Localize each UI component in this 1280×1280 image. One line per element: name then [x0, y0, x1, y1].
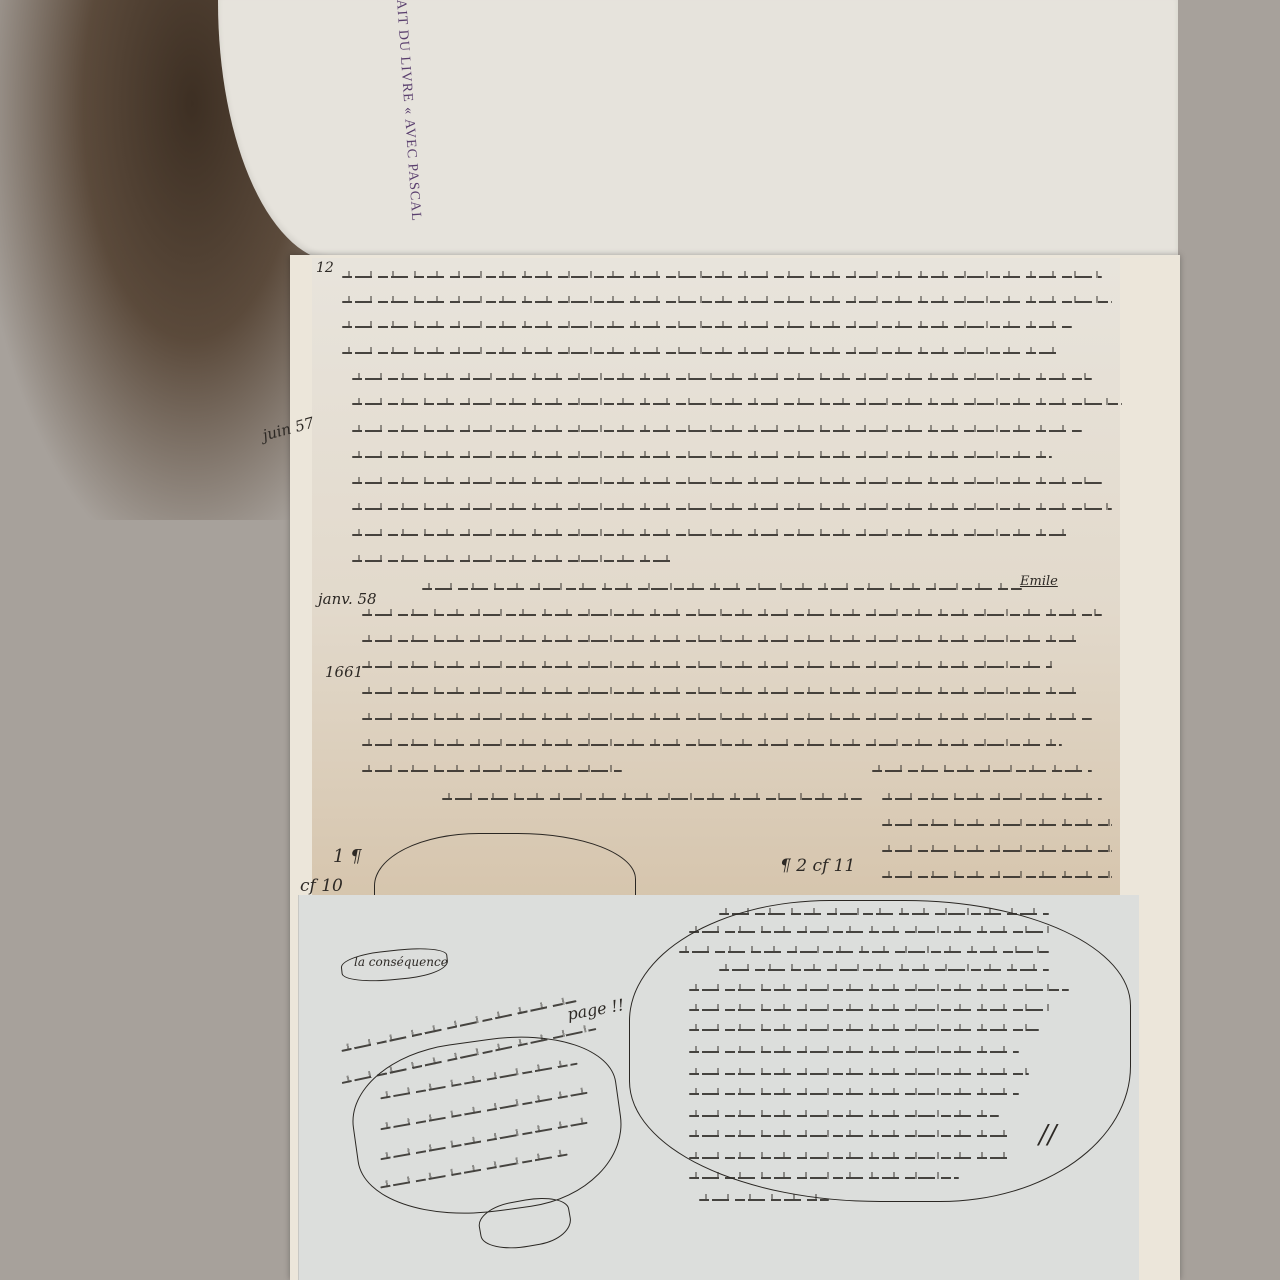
- handwriting-line: [362, 614, 1102, 616]
- handwriting-line: [342, 326, 1072, 328]
- handwriting-line: [352, 430, 1082, 432]
- margin-note-year: 1661: [325, 663, 363, 681]
- handwriting-line: [882, 798, 1102, 800]
- handwriting-line: [362, 718, 1092, 720]
- handwriting-line: [689, 1093, 1019, 1095]
- handwriting-line: [342, 352, 1062, 354]
- margin-note-ref1: 1 ¶: [333, 846, 362, 867]
- page-number: 12: [316, 260, 334, 276]
- book-page: [218, 0, 1178, 262]
- handwriting-line: [362, 744, 1062, 746]
- end-mark: //: [1039, 1120, 1057, 1150]
- handwriting-line: [689, 1177, 959, 1179]
- handwriting-line: [719, 913, 1049, 915]
- handwriting-line: [352, 560, 672, 562]
- handwriting-line: [442, 798, 862, 800]
- handwriting-line: [689, 1051, 1019, 1053]
- handwriting-line: [362, 666, 1052, 668]
- margin-note-janv: janv. 58: [318, 590, 377, 608]
- handwriting-line: [679, 951, 1049, 953]
- handwriting-line: [882, 824, 1112, 826]
- handwriting-line: [352, 482, 1102, 484]
- handwriting-line: [689, 1029, 1039, 1031]
- handwriting-line: [719, 969, 1049, 971]
- handwriting-line: [362, 640, 1082, 642]
- handwriting-line: [352, 456, 1052, 458]
- handwriting-line: [872, 770, 1092, 772]
- handwriting-line: [352, 508, 1112, 510]
- handwriting-line: [689, 1009, 1049, 1011]
- handwriting-line: [342, 276, 1102, 278]
- handwriting-line: [362, 770, 622, 772]
- handwriting-line: [689, 931, 1049, 933]
- handwriting-line: [689, 1115, 999, 1117]
- handwriting-line: [689, 1073, 1029, 1075]
- margin-note-ref10: cf 10: [300, 876, 343, 896]
- handwriting-line: [352, 534, 1072, 536]
- handwriting-line: [352, 403, 1122, 405]
- handwriting-line: [882, 876, 1112, 878]
- handwriting-line: [352, 378, 1092, 380]
- manuscript-lower-sheet: la conséquence page !! //: [298, 895, 1139, 1280]
- handwriting-line: [422, 588, 1022, 590]
- inserted-word: Emile: [1020, 574, 1058, 589]
- handwriting-line: [689, 989, 1069, 991]
- handwriting-line: [689, 1135, 1009, 1137]
- margin-note-ref2: ¶ 2 cf 11: [780, 856, 855, 876]
- manuscript-upper-sheet: 12 Emile ¶ 2 cf 11: [312, 258, 1120, 900]
- handwriting-line: [342, 301, 1112, 303]
- handwriting-line: [882, 850, 1112, 852]
- handwriting-line: [362, 692, 1082, 694]
- handwriting-line: [689, 1157, 1009, 1159]
- handwriting-line: [699, 1199, 829, 1201]
- bubble-note: la conséquence: [354, 955, 448, 969]
